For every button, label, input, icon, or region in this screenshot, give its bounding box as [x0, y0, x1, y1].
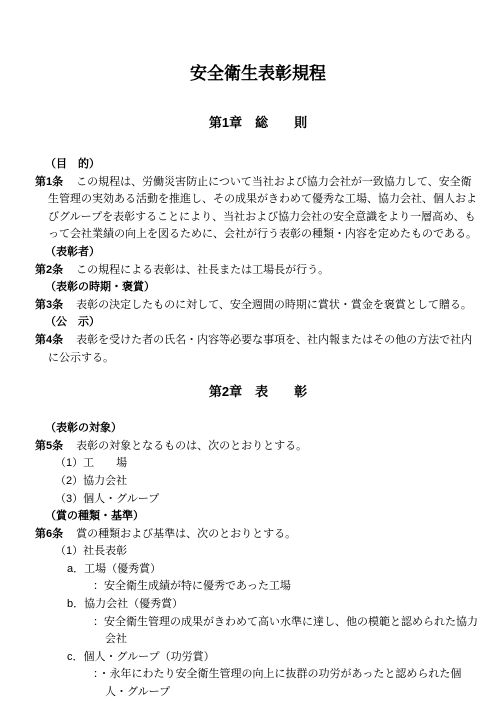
document-page: 安全衛生表彰規程 第1章 総 則 （目 的） 第1条この規程は、労働災害防止につ…: [0, 0, 495, 706]
article-3-text: 表彰の決定したものに対して、安全週間の時期に賞状・賞金を褒賞として贈る。: [76, 299, 472, 311]
article-5-item-factory: （1）工 場: [35, 455, 481, 473]
subitem-a-desc: ：安全衛生成績が特に優秀であった工場: [35, 578, 481, 596]
article-5-text: 表彰の対象となるものは、次のとおりとする。: [76, 440, 307, 452]
caption-award-types-criteria: （賞の種類・基準）: [35, 508, 481, 526]
caption-commender: （表彰者）: [35, 244, 481, 262]
article-2-text: この規程による表彰は、社長または工場長が行う。: [76, 264, 329, 276]
chapter-1-heading: 第1章 総 則: [35, 114, 481, 132]
caption-announcement: （公 示）: [35, 314, 481, 332]
subitem-b-label: b．協力会社（優秀賞）: [35, 596, 481, 614]
article-1: 第1条この規程は、労働災害防止について当社および協力会社が一致協力して、安全衛生…: [35, 174, 481, 244]
article-2-number: 第2条: [35, 264, 63, 276]
caption-timing-reward: （表彰の時期・褒賞）: [35, 279, 481, 297]
document-title: 安全衛生表彰規程: [35, 64, 481, 84]
subitem-c-label: c．個人・グループ（功労賞）: [35, 649, 481, 667]
article-3-number: 第3条: [35, 299, 63, 311]
caption-commendation-target: （表彰の対象）: [35, 420, 481, 438]
article-2: 第2条この規程による表彰は、社長または工場長が行う。: [35, 262, 481, 280]
article-6-text: 賞の種類および基準は、次のとおりとする。: [76, 528, 296, 540]
subitem-a-label: a．工場（優秀賞）: [35, 561, 481, 579]
article-6-item-president-commendation: （1）社長表彰: [35, 543, 481, 561]
article-1-number: 第1条: [35, 176, 63, 188]
subitem-c-desc: ：・永年にわたり安全衛生管理の向上に抜群の功労があったと認められた個人・グループ: [35, 666, 481, 701]
article-6-number: 第6条: [35, 528, 63, 540]
article-5-item-partner-company: （2）協力会社: [35, 473, 481, 491]
chapter-2-heading: 第2章 表 彰: [35, 383, 481, 401]
article-5-item-individual-group: （3）個人・グループ: [35, 491, 481, 509]
article-3: 第3条表彰の決定したものに対して、安全週間の時期に賞状・賞金を褒賞として贈る。: [35, 297, 481, 315]
article-4: 第4条表彰を受けた者の氏名・内容等必要な事項を、社内報またはその他の方法で社内に…: [35, 332, 481, 367]
article-4-text: 表彰を受けた者の氏名・内容等必要な事項を、社内報またはその他の方法で社内に公示す…: [48, 334, 472, 364]
article-5: 第5条表彰の対象となるものは、次のとおりとする。: [35, 438, 481, 456]
article-5-number: 第5条: [35, 440, 63, 452]
article-6: 第6条賞の種類および基準は、次のとおりとする。: [35, 526, 481, 544]
article-4-number: 第4条: [35, 334, 63, 346]
caption-purpose: （目 的）: [35, 156, 481, 174]
article-1-text: この規程は、労働災害防止について当社および協力会社が一致協力して、安全衛生管理の…: [48, 176, 477, 241]
subitem-b-desc: ：安全衛生管理の成果がきわめて高い水準に達し、他の模範と認められた協力会社: [35, 614, 481, 649]
